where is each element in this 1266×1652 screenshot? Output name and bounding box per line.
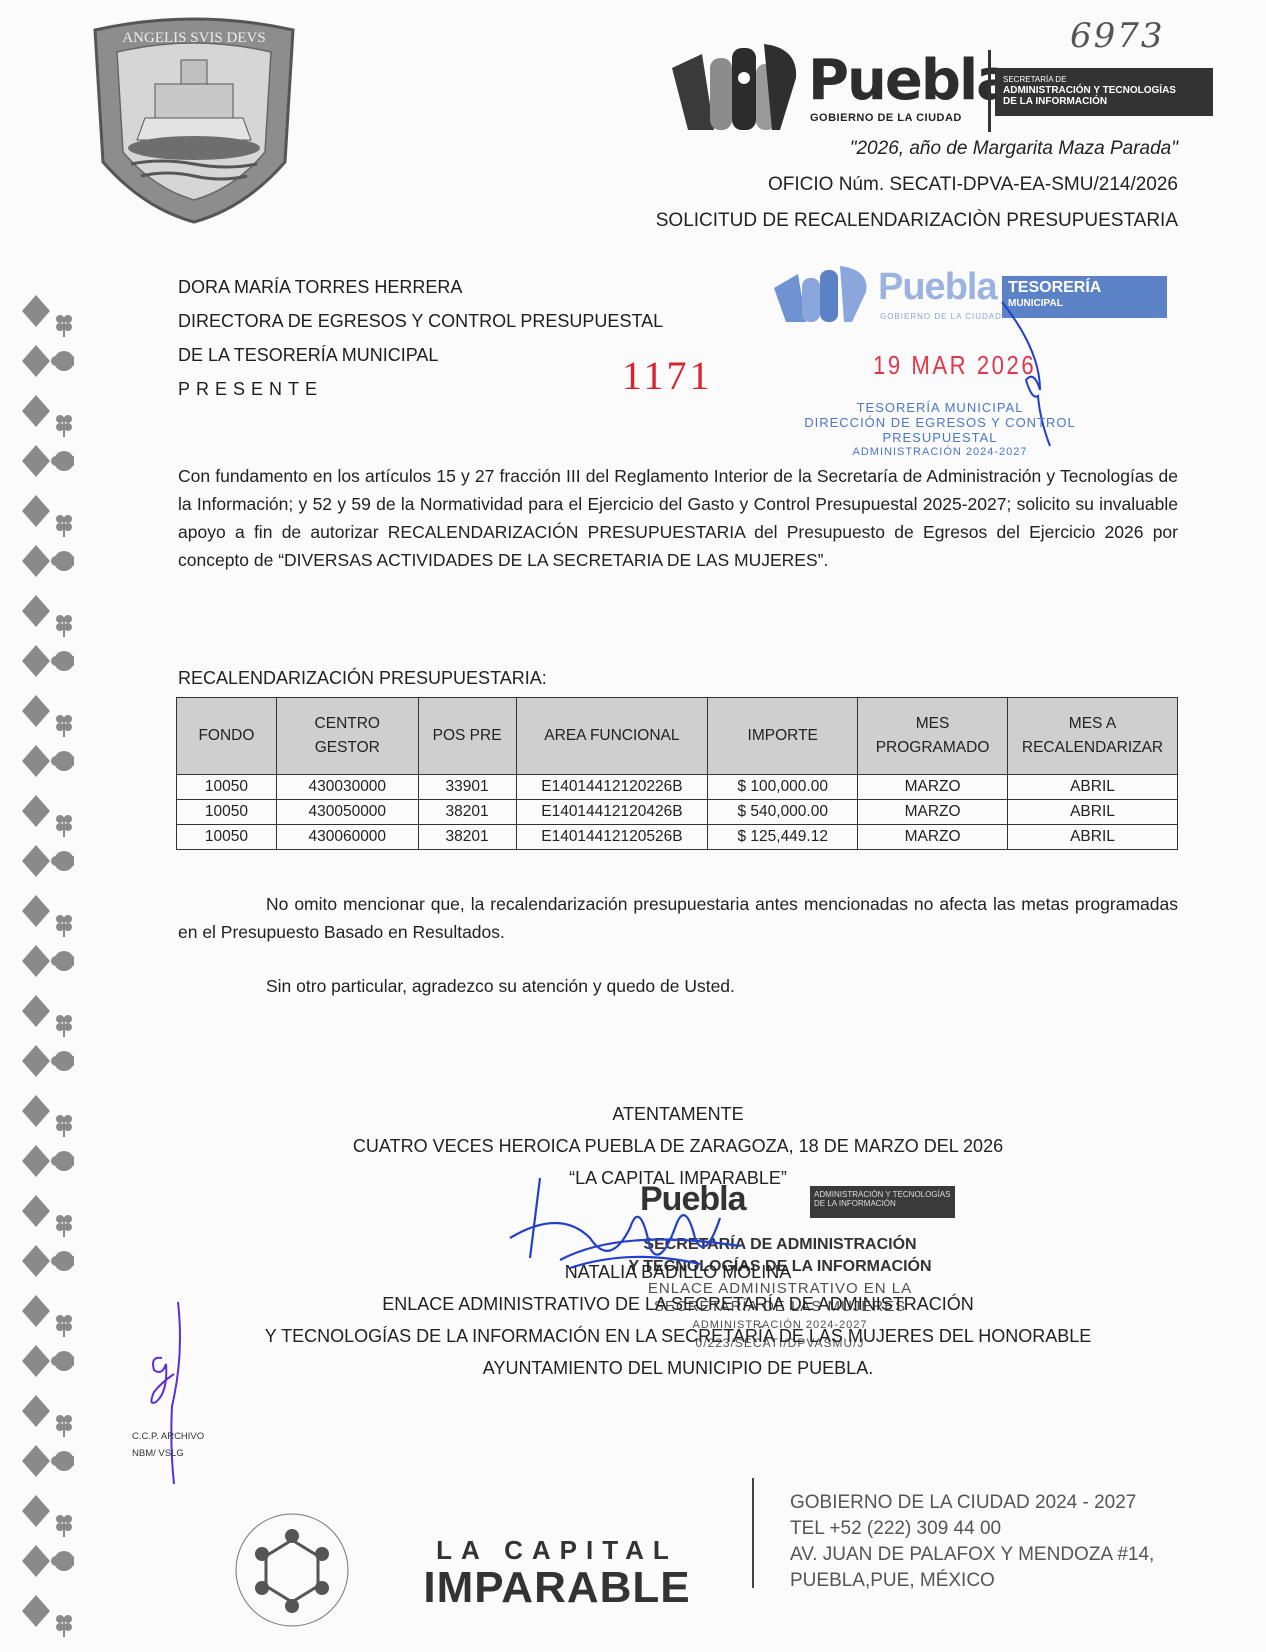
addressee-block: DORA MARÍA TORRES HERRERA DIRECTORA DE E… (178, 270, 663, 406)
closing-atentamente: ATENTAMENTE (0, 1104, 1266, 1125)
header-area-funcional: AREA FUNCIONAL (516, 698, 708, 775)
signature-stamp-box: ADMINISTRACIÓN Y TECNOLOGÍAS DE LA INFOR… (810, 1186, 955, 1218)
equality-certification-seal-icon (232, 1510, 352, 1630)
secretaria-label-line1: ADMINISTRACIÓN Y TECNOLOGÍAS (1003, 85, 1213, 96)
brand-wordmark: Puebla (808, 48, 1012, 113)
cell-centro-gestor: 430050000 (276, 800, 418, 825)
table-title: RECALENDARIZACIÓN PRESUPUESTARIA: (178, 668, 547, 689)
slogan-bottom: IMPARABLE (412, 1566, 702, 1610)
addressee-greeting: PRESENTE (178, 372, 663, 406)
header-pos-pre: POS PRE (418, 698, 516, 775)
addressee-title-line2: DE LA TESORERÍA MUNICIPAL (178, 338, 663, 372)
stamp-box-title: TESORERÍA (1008, 280, 1161, 296)
cell-importe: $ 100,000.00 (708, 775, 858, 800)
table-row: 10050 430030000 33901 E14014412120226B $… (177, 775, 1178, 800)
cell-fondo: 10050 (177, 775, 277, 800)
city-coat-of-arms-logo: ANGELIS SVIS DEVS (85, 12, 303, 224)
stamp-text-line4: ADMINISTRACIÓN 2024-2027 (800, 445, 1080, 460)
decorative-border-pattern (22, 295, 74, 1645)
cell-mes-recalendarizar: ABRIL (1008, 775, 1178, 800)
body-paragraph-2: No omito mencionar que, la recalendariza… (178, 890, 1178, 946)
puebla-city-emblem-icon (668, 38, 804, 130)
cell-pos-pre: 33901 (418, 775, 516, 800)
oficio-number: OFICIO Núm. SECATI-DPVA-EA-SMU/214/2026 (768, 174, 1178, 196)
paragraph1-emphasis-concepto: “DIVERSAS ACTIVIDADES DE LA SECRETARIA D… (278, 550, 828, 570)
header-centro-gestor: CENTRO GESTOR (276, 698, 418, 775)
stamp-text-line3: PRESUPUESTAL (800, 430, 1080, 445)
cell-fondo: 10050 (177, 800, 277, 825)
cell-mes-programado: MARZO (858, 800, 1008, 825)
cell-pos-pre: 38201 (418, 800, 516, 825)
footer-address-line2: PUEBLA,PUE, MÉXICO (790, 1568, 1154, 1594)
footer-government: GOBIERNO DE LA CIUDAD 2024 - 2027 (790, 1490, 1154, 1516)
la-capital-imparable-logo: LA CAPITAL IMPARABLE (412, 1535, 702, 1610)
year-motto: "2026, año de Margarita Maza Parada" (850, 138, 1178, 160)
treasury-stamp-text: TESORERÍA MUNICIPAL DIRECCIÓN DE EGRESOS… (800, 400, 1080, 460)
addressee-title-line1: DIRECTORA DE EGRESOS Y CONTROL PRESUPUES… (178, 304, 663, 338)
folio-stamp: 1171 (622, 352, 713, 399)
header-mes-programado: MES PROGRAMADO (858, 698, 1008, 775)
cell-centro-gestor: 430030000 (276, 775, 418, 800)
brand-subtitle: GOBIERNO DE LA CIUDAD (810, 112, 962, 124)
cell-mes-programado: MARZO (858, 775, 1008, 800)
paragraph1-emphasis-recalendarizacion: RECALENDARIZACIÓN PRESUPUESTARIA (388, 522, 745, 542)
ccp-archivo: C.C.P. ARCHIVO (132, 1428, 204, 1445)
secretaria-label-small: SECRETARÍA DE (1003, 74, 1213, 85)
stamp-emblem-icon (772, 264, 872, 324)
cell-area-funcional: E14014412120526B (516, 825, 708, 850)
cell-mes-recalendarizar: ABRIL (1008, 825, 1178, 850)
cell-mes-recalendarizar: ABRIL (1008, 800, 1178, 825)
stamp-logo-subtitle: GOBIERNO DE LA CIUDAD (880, 312, 1002, 321)
treasury-reception-stamp-logo: Puebla GOBIERNO DE LA CIUDAD TESORERÍA M… (772, 262, 1167, 330)
table-header-row: FONDO CENTRO GESTOR POS PRE AREA FUNCION… (177, 698, 1178, 775)
footer-address-line1: AV. JUAN DE PALAFOX Y MENDOZA #14, (790, 1542, 1154, 1568)
cell-mes-programado: MARZO (858, 825, 1008, 850)
cell-pos-pre: 38201 (418, 825, 516, 850)
secretaria-label-line2: DE LA INFORMACIÓN (1003, 96, 1213, 107)
addressee-name: DORA MARÍA TORRES HERRERA (178, 270, 663, 304)
svg-text:ANGELIS SVIS DEVS: ANGELIS SVIS DEVS (122, 30, 265, 46)
document-subject: SOLICITUD DE RECALENDARIZACIÒN PRESUPUES… (656, 210, 1178, 232)
ccp-block: C.C.P. ARCHIVO NBM/ VSLG (132, 1428, 204, 1462)
cell-area-funcional: E14014412120426B (516, 800, 708, 825)
footer-phone: TEL +52 (222) 309 44 00 (790, 1516, 1154, 1542)
cell-centro-gestor: 430060000 (276, 825, 418, 850)
header-importe: IMPORTE (708, 698, 858, 775)
brand-divider (988, 50, 991, 132)
cell-importe: $ 540,000.00 (708, 800, 858, 825)
footer-divider (752, 1478, 754, 1588)
body-paragraph-1: Con fundamento en los artículos 15 y 27 … (178, 462, 1178, 574)
stamp-text-line2: DIRECCIÓN DE EGRESOS Y CONTROL (800, 415, 1080, 430)
puebla-brand-header: Puebla GOBIERNO DE LA CIUDAD SECRETARÍA … (668, 30, 1213, 130)
table-row: 10050 430050000 38201 E14014412120426B $… (177, 800, 1178, 825)
budget-recalendarization-table: FONDO CENTRO GESTOR POS PRE AREA FUNCION… (176, 697, 1178, 850)
closing-place-date: CUATRO VECES HEROICA PUEBLA DE ZARAGOZA,… (0, 1136, 1266, 1157)
slogan-top: LA CAPITAL (412, 1535, 702, 1566)
stamp-text-line1: TESORERÍA MUNICIPAL (800, 400, 1080, 415)
stamp-logo-word: Puebla (878, 266, 997, 309)
body-paragraph-3: Sin otro particular, agradezco su atenci… (266, 976, 735, 997)
table-row: 10050 430060000 38201 E14014412120526B $… (177, 825, 1178, 850)
footer-contact-info: GOBIERNO DE LA CIUDAD 2024 - 2027 TEL +5… (790, 1490, 1154, 1594)
header-mes-a-recalendarizar: MES A RECALENDARIZAR (1008, 698, 1178, 775)
cell-fondo: 10050 (177, 825, 277, 850)
cell-importe: $ 125,449.12 (708, 825, 858, 850)
secretaria-label-box: SECRETARÍA DE ADMINISTRACIÓN Y TECNOLOGÍ… (995, 68, 1213, 116)
header-fondo: FONDO (177, 698, 277, 775)
handwritten-signature (500, 1168, 760, 1278)
ccp-initials: NBM/ VSLG (132, 1445, 204, 1462)
cell-area-funcional: E14014412120226B (516, 775, 708, 800)
